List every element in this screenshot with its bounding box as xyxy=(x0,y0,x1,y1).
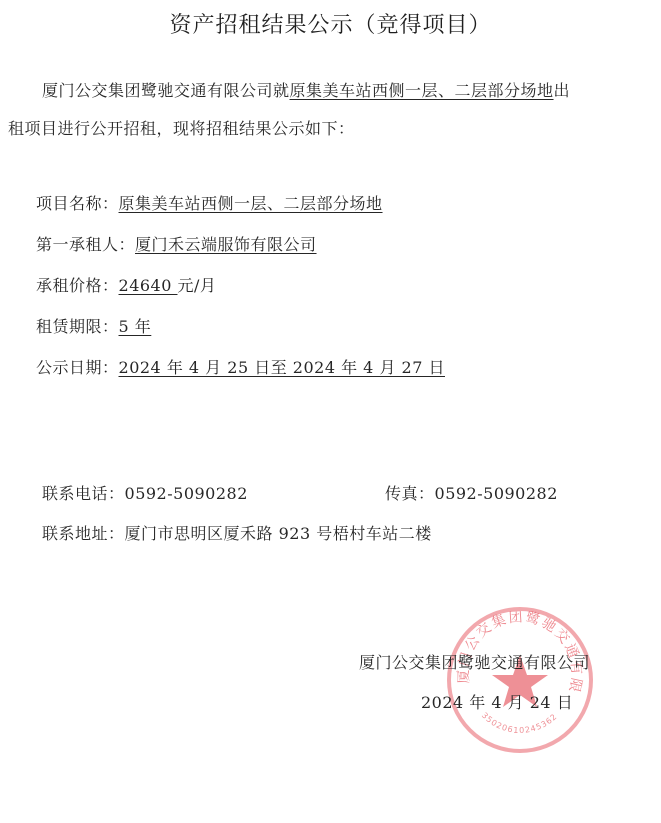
field-label: 租赁期限： xyxy=(36,317,119,336)
field-value: 24640 xyxy=(119,276,178,295)
phone-value: 0592-5090282 xyxy=(125,484,248,503)
address-label: 联系地址： xyxy=(42,524,125,543)
intro-line-2: 租项目进行公开招租，现将招租结果公示如下： xyxy=(8,116,355,139)
seal-star-icon: 厦门公交集团鹭驰交通有限公司 3502061024536​2 xyxy=(451,611,589,749)
field-project-name: 项目名称：原集美车站西侧一层、二层部分场地 xyxy=(36,191,383,214)
intro-prefix: 厦门公交集团鹭驰交通有限公司就 xyxy=(42,81,290,100)
signature-date: 2024 年 4 月 24 日 xyxy=(421,690,573,713)
field-value: 原集美车站西侧一层、二层部分场地 xyxy=(119,194,383,213)
company-seal: 厦门公交集团鹭驰交通有限公司 3502061024536​2 xyxy=(447,607,593,753)
field-notice-date: 公示日期：2024 年 4 月 25 日至 2024 年 4 月 27 日 xyxy=(36,355,445,378)
fax-value: 0592-5090282 xyxy=(435,484,558,503)
fax-label: 传真： xyxy=(385,484,435,503)
field-label: 项目名称： xyxy=(36,194,119,213)
field-lessee: 第一承租人：厦门禾云端服饰有限公司 xyxy=(36,232,317,255)
intro-project-name: 原集美车站西侧一层、二层部分场地 xyxy=(290,81,554,100)
seal-number: 3502061024536​2 xyxy=(480,711,559,735)
document-title: 资产招租结果公示（竞得项目） xyxy=(0,8,661,39)
contact-fax: 传真：0592-5090282 xyxy=(385,481,558,504)
intro-suffix: 出 xyxy=(554,81,571,100)
field-label: 承租价格： xyxy=(36,276,119,295)
field-term: 租赁期限：5 年 xyxy=(36,314,151,337)
field-value: 5 年 xyxy=(119,317,152,336)
field-value: 2024 年 4 月 25 日至 2024 年 4 月 27 日 xyxy=(119,358,445,377)
svg-text:3502061024536​2: 3502061024536​2 xyxy=(480,711,559,735)
field-value: 厦门禾云端服饰有限公司 xyxy=(135,235,317,254)
field-price: 承租价格：24640 元/月 xyxy=(36,273,216,296)
address-value: 厦门市思明区厦禾路 923 号梧村车站二楼 xyxy=(125,524,432,543)
field-label: 公示日期： xyxy=(36,358,119,377)
field-suffix: 元/月 xyxy=(178,276,217,295)
intro-line-1: 厦门公交集团鹭驰交通有限公司就原集美车站西侧一层、二层部分场地出 xyxy=(42,78,570,101)
field-label: 第一承租人： xyxy=(36,235,135,254)
contact-address: 联系地址：厦门市思明区厦禾路 923 号梧村车站二楼 xyxy=(42,521,432,544)
phone-label: 联系电话： xyxy=(42,484,125,503)
contact-phone: 联系电话：0592-5090282 xyxy=(42,481,248,504)
signature-company: 厦门公交集团鹭驰交通有限公司 xyxy=(359,650,590,673)
